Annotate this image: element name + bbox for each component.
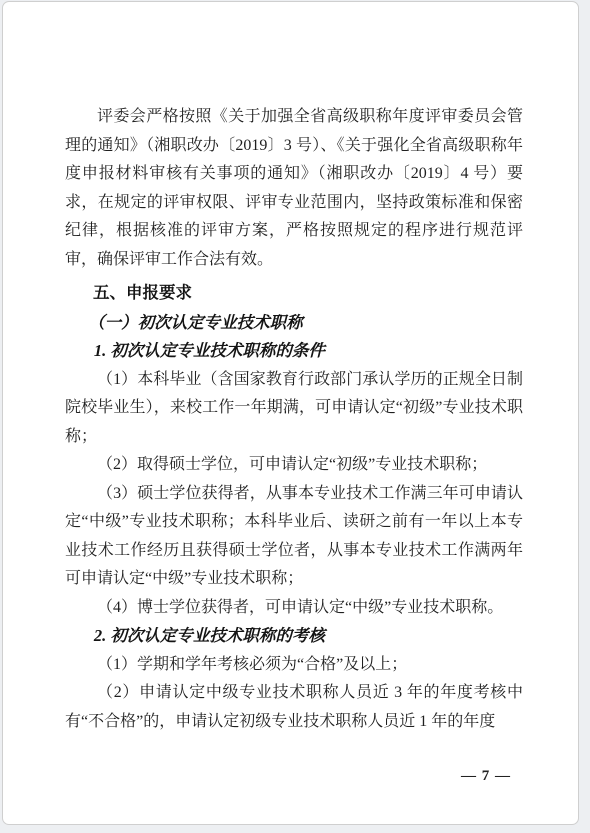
condition-item-1: （1）本科毕业（含国家教育行政部门承认学历的正规全日制院校毕业生），来校工作一年… bbox=[65, 366, 523, 452]
document-content: 评委会严格按照《关于加强全省高级职称年度评审委员会管理的通知》（湘职改办〔201… bbox=[65, 103, 523, 736]
document-page: 评委会严格按照《关于加强全省高级职称年度评审委员会管理的通知》（湘职改办〔201… bbox=[2, 1, 579, 825]
condition-item-2: （2）取得硕士学位，可申请认定“初级”专业技术职称； bbox=[65, 451, 523, 480]
item-heading-conditions: 1. 初次认定专业技术职称的条件 bbox=[65, 337, 523, 366]
condition-item-4: （4）博士学位获得者，可申请认定“中级”专业技术职称。 bbox=[65, 594, 523, 623]
assessment-item-2: （2）申请认定中级专业技术职称人员近 3 年的年度考核中有“不合格”的，申请认定… bbox=[65, 679, 523, 736]
section-heading-application-requirements: 五、申报要求 bbox=[65, 279, 523, 308]
paragraph-evaluation-committee: 评委会严格按照《关于加强全省高级职称年度评审委员会管理的通知》（湘职改办〔201… bbox=[65, 103, 523, 274]
document-viewer: { "theme": { "canvas_background": "#edef… bbox=[0, 0, 590, 833]
item-heading-assessment: 2. 初次认定专业技术职称的考核 bbox=[65, 622, 523, 651]
subsection-heading-initial-determination: （一）初次认定专业技术职称 bbox=[65, 309, 523, 338]
page-number: — 7 — bbox=[451, 768, 521, 785]
assessment-item-1: （1）学期和学年考核必须为“合格”及以上； bbox=[65, 651, 523, 680]
condition-item-3: （3）硕士学位获得者，从事本专业技术工作满三年可申请认定“中级”专业技术职称；本… bbox=[65, 480, 523, 594]
